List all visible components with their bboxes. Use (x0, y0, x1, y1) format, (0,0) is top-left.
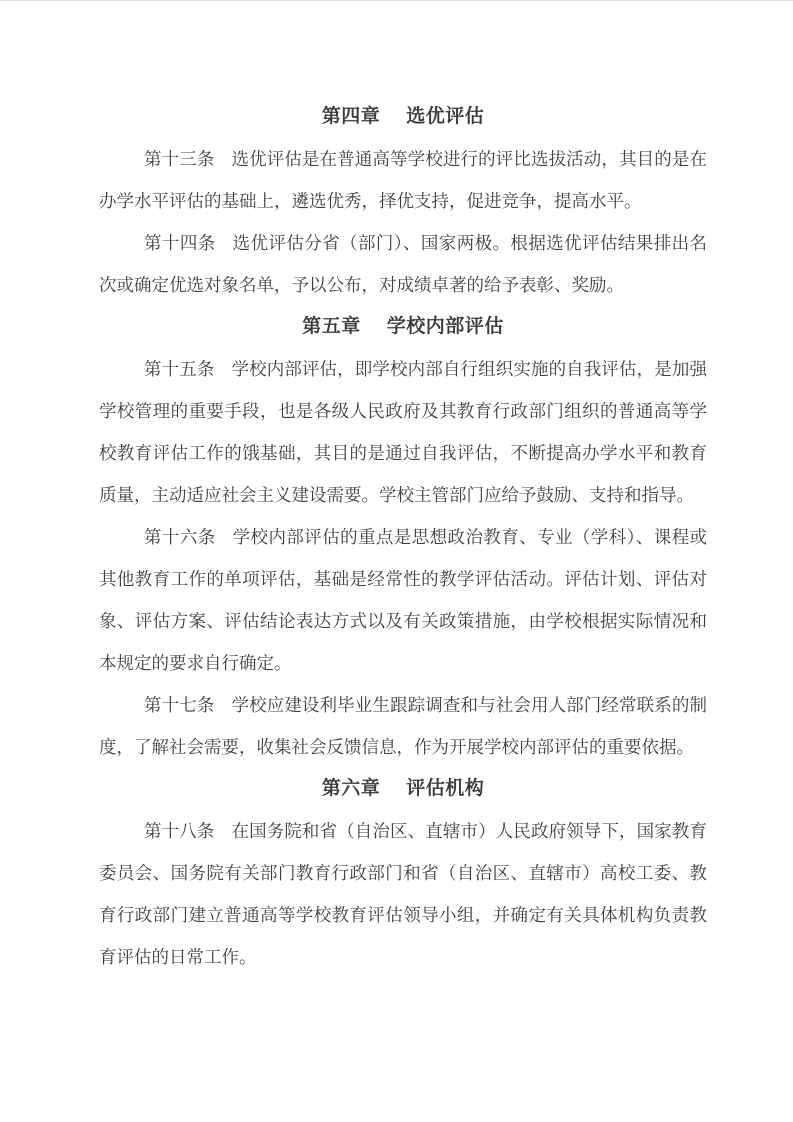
document-page: 第四章选优评估 第十三条选优评估是在普通高等学校进行的评比选拔活动，其目的是在办… (0, 0, 793, 1122)
article-17-number: 第十七条 (144, 695, 214, 715)
chapter-heading-5: 第五章学校内部评估 (99, 306, 707, 348)
chapter-5-title: 学校内部评估 (387, 316, 504, 337)
article-16-body: 学校内部评估的重点是思想政治教育、专业（学科）、课程或其他教育工作的单项评估，基… (99, 527, 707, 673)
article-14-number: 第十四条 (144, 233, 216, 253)
article-16: 第十六条学校内部评估的重点是思想政治教育、专业（学科）、课程或其他教育工作的单项… (99, 516, 707, 684)
article-15: 第十五条学校内部评估，即学校内部自行组织实施的自我评估，是加强学校管理的重要手段… (99, 348, 707, 516)
article-17: 第十七条学校应建设利毕业生跟踪调查和与社会用人部门经常联系的制度，了解社会需要，… (99, 684, 707, 768)
chapter-6-label: 第六章 (322, 778, 381, 799)
article-13: 第十三条选优评估是在普通高等学校进行的评比选拔活动，其目的是在办学水平评估的基础… (99, 138, 707, 222)
article-15-body: 学校内部评估，即学校内部自行组织实施的自我评估，是加强学校管理的重要手段，也是各… (99, 359, 707, 505)
article-18: 第十八条在国务院和省（自治区、直辖市）人民政府领导下，国家教育委员会、国务院有关… (99, 810, 707, 978)
chapter-5-label: 第五章 (302, 316, 361, 337)
article-18-body: 在国务院和省（自治区、直辖市）人民政府领导下，国家教育委员会、国务院有关部门教育… (99, 821, 707, 967)
article-15-number: 第十五条 (144, 359, 214, 379)
chapter-heading-6: 第六章评估机构 (99, 768, 707, 810)
article-14: 第十四条选优评估分省（部门）、国家两极。根据选优评估结果排出名次或确定优选对象名… (99, 222, 707, 306)
chapter-6-title: 评估机构 (406, 778, 484, 799)
chapter-4-label: 第四章 (322, 106, 381, 127)
article-13-number: 第十三条 (144, 149, 214, 169)
article-16-number: 第十六条 (144, 527, 216, 547)
chapter-4-title: 选优评估 (406, 106, 484, 127)
article-18-number: 第十八条 (144, 821, 214, 841)
chapter-heading-4: 第四章选优评估 (99, 96, 707, 138)
